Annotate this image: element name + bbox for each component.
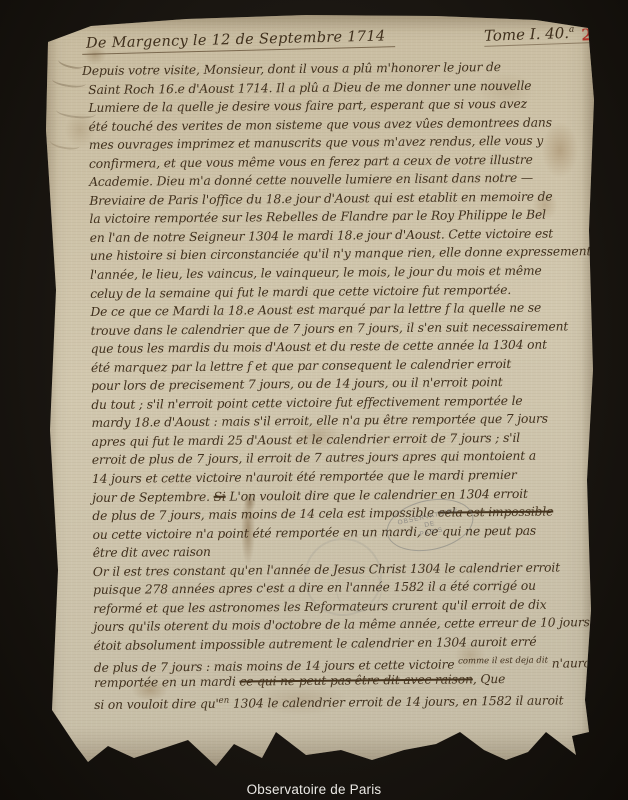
folio-mark: Tome I. 40.a 2: [484, 22, 593, 47]
manuscript-line: si on vouloit dire qu'en 1304 le calendr…: [94, 688, 572, 711]
stamp-bleedthrough-inner-icon: [336, 566, 382, 612]
ink-bleedthrough-mark: [57, 55, 85, 71]
manuscript-photo: De Margency le 12 de Septembre 1714 Tome…: [0, 0, 628, 800]
photo-credit: Observatoire de Paris: [0, 782, 628, 797]
folio-mark-text: Tome I. 40.: [484, 24, 570, 45]
stamp-line-3: PARIS: [419, 526, 444, 539]
folio-mark-superscript: a: [569, 25, 575, 35]
folio-number-red: 2: [581, 25, 593, 44]
manuscript-page: De Margency le 12 de Septembre 1714 Tome…: [36, 10, 598, 772]
ink-bleedthrough-mark: [49, 135, 80, 151]
letter-dateline: De Margency le 12 de Septembre 1714: [82, 28, 396, 55]
